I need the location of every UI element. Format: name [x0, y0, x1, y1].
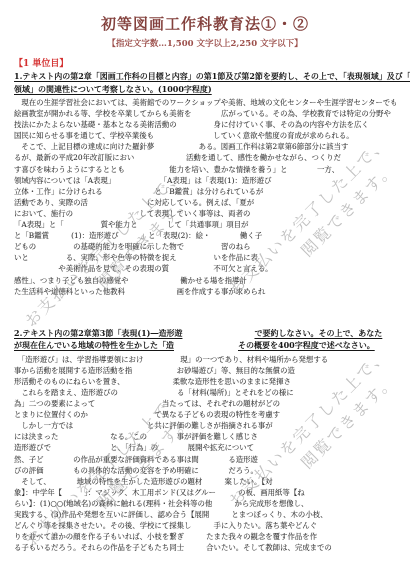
text-line: 事から活動を展開する造形活動を指 お砂場遊び」等、無目的な無償の造: [14, 365, 396, 376]
question-2-heading-gap-1: [182, 328, 254, 338]
text-line: す喜びを味わうようにするととも 能力を培い、豊かな情操を養う」と 一方、: [14, 164, 396, 175]
question-1-heading-line-2: 領域」の関連性について考察しなさい。(1000字程度): [14, 83, 396, 96]
section-spacer: [0, 297, 410, 326]
text-line: る子もいるだろう。それらの作品を子どもたち同士 合いたい。そして教師は、完成まで…: [14, 542, 396, 553]
question-2-heading: 2.テキスト内の第2章第3節「表現(1)―造形遊 で要約しなさい。その上で、あな…: [14, 327, 396, 352]
text-line: 然、子ど の作品が重要な評価資料である事は間 る造形遊: [14, 454, 396, 465]
text-line: 活動であり、実際の活 に対応している。例えば、「夏が: [14, 197, 396, 208]
text-line: 絵画教室が開かれる等、学校を卒業してからも美術を 広がっている。その為、学校教育…: [14, 108, 396, 119]
text-line: これらを踏まえ、造形遊びの る「材料(場所)」とそれをどの様に: [14, 387, 396, 398]
text-line: 感性」、つまり子ども独自の感覚や 働かせる場を指導計: [14, 275, 396, 286]
text-line: とまりに位置付くのか て異なる子どもの表現の特性を考慮す: [14, 409, 396, 420]
question-1-heading-text-2: 領域」の関連性について考察しなさい。(1000字程度): [14, 84, 212, 94]
text-line: には決まった なる。この 事が評価を難しく感じさ: [14, 431, 396, 442]
question-2-heading-text-1-right: で要約しなさい。その上で、あなた: [254, 328, 382, 338]
page-title: 初等図画工作科教育法①・②: [0, 13, 410, 34]
text-line: りを並べて誰かの顔を作る子もいれば、小枝を繋ぎ たまた我々の観念を覆す作品を作: [14, 531, 396, 542]
text-line: らい】：(1)○○(地域名)の森林に触れる(理科・社会科等の他 から完成形を想像…: [14, 498, 396, 509]
text-line: や美術作品を見て、その表現の質 不可欠と言える。: [14, 263, 396, 274]
text-line: いと る、実際、形や色等の特徴を捉え いを作品に表: [14, 252, 396, 263]
question-1-heading-line-1: 1.テキスト内の第2章「図画工作科の目標と内容」の第1節及び第2節を要約し、その…: [14, 70, 396, 83]
text-line: 「A表現」と「 質や能力と して「共通事項」項目が: [14, 219, 396, 230]
text-line: において、施行の して表現していく事等は、両者の: [14, 208, 396, 219]
question-2-heading-text-2-left: が現在住んでいる地域の特性を生かした「造: [14, 340, 174, 350]
unit-1-label: 【1 単位目】: [14, 56, 410, 69]
text-line: 造形遊びで と、「行為」の 展開や拡充について: [14, 442, 396, 453]
document-page: 初等図画工作科教育法①・② 【指定文字数…1,500 文字以上2,250 文字以…: [0, 0, 410, 580]
text-line: そこで、上記目標の達成に向けた羅針夢 ある。図画工作科は第2章第6節部分に該当す: [14, 141, 396, 152]
text-line: 立体・工作」に分けられる と「B鑑賞」は分けられているが: [14, 186, 396, 197]
text-line: そして、 地域の特性を生かした造形遊びの題材 案したい。【対: [14, 476, 396, 487]
text-line: 形活動そのものにねらいを置き、 柔軟な造形性を思いのままに発揮さ: [14, 376, 396, 387]
text-line: 実践する、(3)作品や発想を互いに評価し、認め合う【展開 とまつぼっくり、木の小…: [14, 509, 396, 520]
answer-1-body: 現在の生涯学習社会においては、美術館でのワークショップや美術、地域の文化センター…: [14, 97, 396, 297]
text-line: どんぐり等を採集させたい。その後、学校にて採集し 手に入りたい。落ち葉やどんぐ: [14, 520, 396, 531]
text-line: びの評価 もの具体的な活動の変容を予め明確に だろう。: [14, 465, 396, 476]
question-2-heading-gap-2: [174, 340, 238, 350]
question-2-heading-text-2-right: その概要を400字程度で述べなさい。: [238, 340, 375, 350]
text-line: るが、最新の平成20年改訂版におい 活動を通して、感性を働かせながら、つくりだ: [14, 152, 396, 163]
question-1-heading: 1.テキスト内の第2章「図画工作科の目標と内容」の第1節及び第2節を要約し、その…: [14, 70, 396, 95]
text-line: 為」二つの要素によって 当たっては、それぞれの題材がどの: [14, 398, 396, 409]
text-line: と「B鑑賞 (1)：造形遊び 」と「表現(2)：絵・ 働く子: [14, 230, 396, 241]
question-2-heading-text-1-left: 2.テキスト内の第2章第3節「表現(1)―造形遊: [14, 328, 182, 338]
text-line: 「造形遊び」は、学習指導要領におけ 現」の一つであり、材料や場所から発想する: [14, 354, 396, 365]
text-line: 象】：中学年【 」：マジック、木工用ボンド(又はグルー の板、画用紙等【ね: [14, 487, 396, 498]
text-line: どもの の基礎的能力を明確に示した物で 習のねら: [14, 241, 396, 252]
answer-2-body: 「造形遊び」は、学習指導要領におけ 現」の一つであり、材料や場所から発想する事か…: [14, 354, 396, 554]
question-2-heading-line-1: 2.テキスト内の第2章第3節「表現(1)―造形遊 で要約しなさい。その上で、あな…: [14, 327, 396, 340]
text-line: た生活科や道徳科といった他教科 画を作成する事が求められ: [14, 286, 396, 297]
text-line: しかし一方では と共に評価の難しさが指摘される事が: [14, 420, 396, 431]
text-line: 領域内容については「A表現」 「A表現」は「表現(1)：造形遊び: [14, 175, 396, 186]
question-2-heading-line-2: が現在住んでいる地域の特性を生かした「造 その概要を400字程度で述べなさい。: [14, 339, 396, 352]
text-line: 国民に知らせる事を通じて、学校卒業後も していく意欲や態度の育成が求められる。: [14, 130, 396, 141]
text-line: 現在の生涯学習社会においては、美術館でのワークショップや美術、地域の文化センター…: [14, 97, 396, 108]
text-line: 技法にかたよらない基礎・基本となる美術活動の 身に付けていく事、その為の内容や方…: [14, 119, 396, 130]
character-count-note: 【指定文字数…1,500 文字以上2,250 文字以下】: [0, 37, 410, 49]
question-1-heading-text-1: 1.テキスト内の第2章「図画工作科の目標と内容」の第1節及び第2節を要約し、その…: [14, 71, 410, 81]
